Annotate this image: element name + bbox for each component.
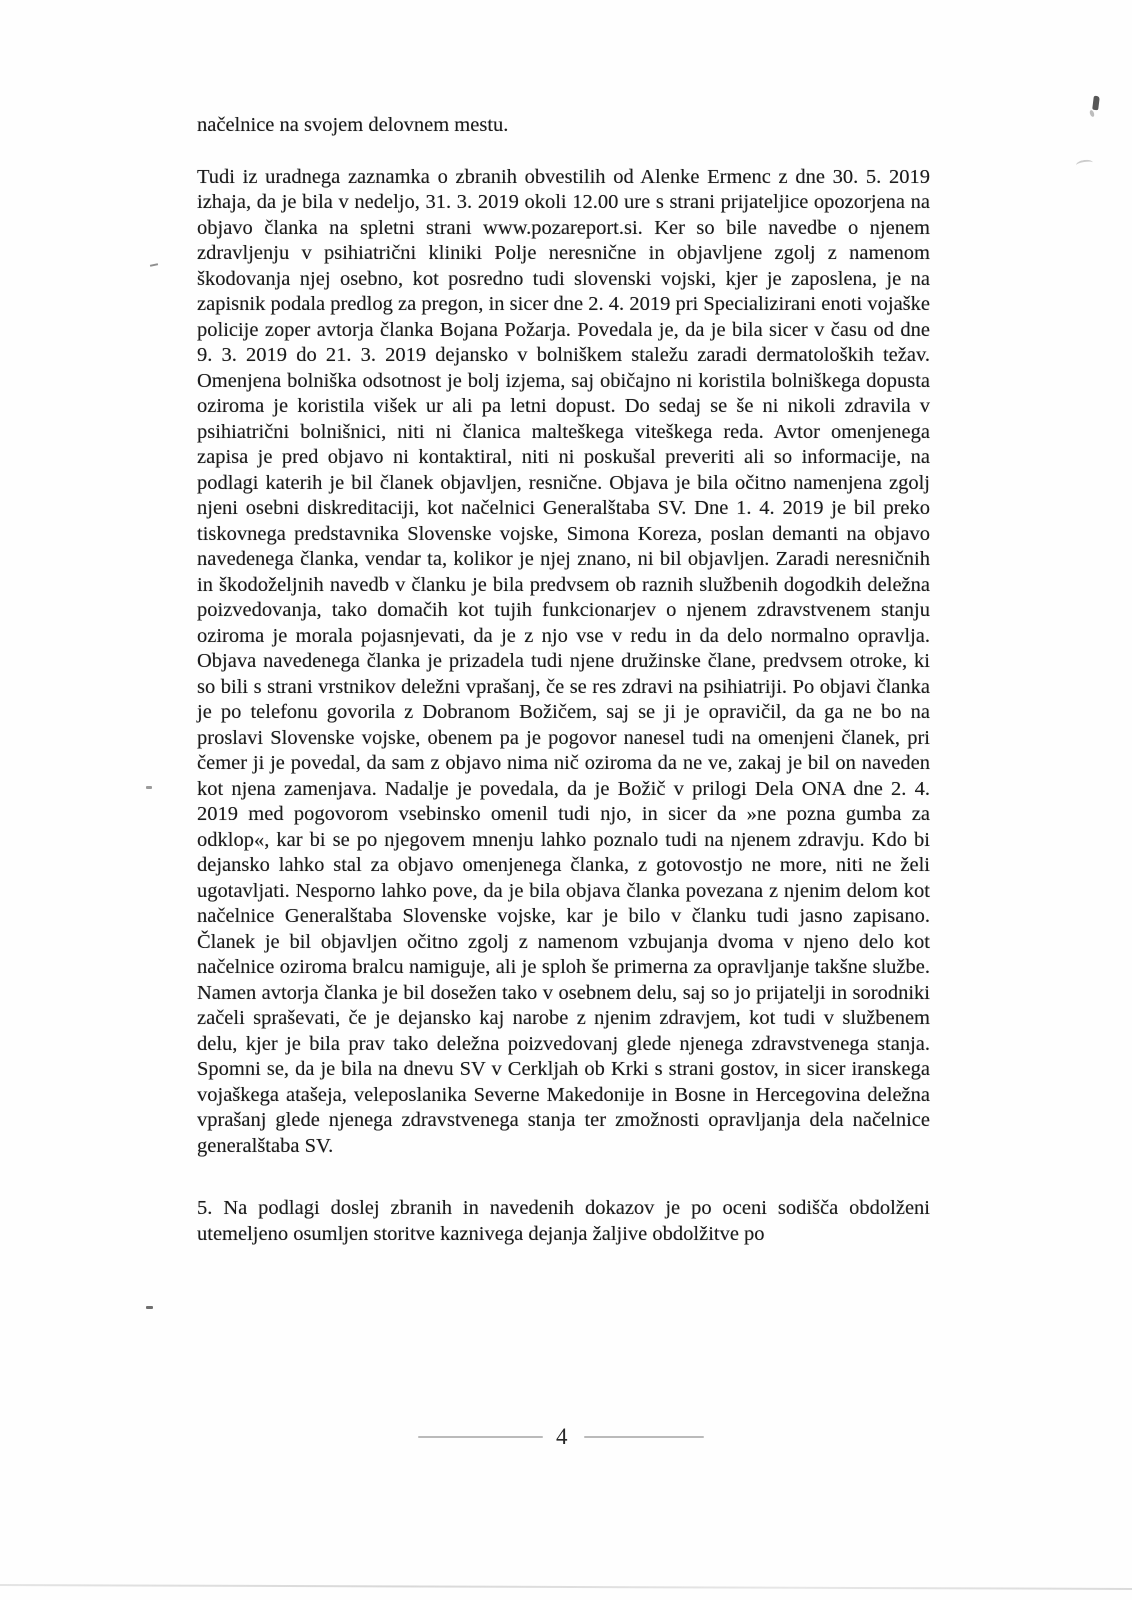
paragraph-continuation: načelnice na svojem delovnem mestu. bbox=[197, 113, 930, 139]
paragraph-testimony: Tudi iz uradnega zaznamka o zbranih obve… bbox=[197, 165, 930, 1160]
paragraph-point-5: 5. Na podlagi doslej zbranih in navedeni… bbox=[197, 1196, 930, 1247]
footer-rule-right bbox=[584, 1436, 704, 1438]
footer-rule-left bbox=[418, 1436, 543, 1438]
scan-artifact-margin-dash bbox=[150, 263, 158, 267]
page-number: 4 bbox=[556, 1425, 568, 1449]
scan-artifact-margin-dash bbox=[146, 786, 152, 789]
scan-artifact-bottom-edge bbox=[0, 1584, 1132, 1590]
scanned-page: načelnice na svojem delovnem mestu. Tudi… bbox=[0, 0, 1132, 1600]
document-body: načelnice na svojem delovnem mestu. Tudi… bbox=[197, 113, 930, 1247]
scan-artifact-margin-dash bbox=[146, 1306, 153, 1309]
scan-artifact-squiggle bbox=[1075, 159, 1093, 170]
scan-artifact-ink-tail bbox=[1089, 110, 1095, 118]
scan-artifact-ink-speck bbox=[1092, 96, 1100, 111]
page-footer: 4 bbox=[418, 1425, 704, 1449]
